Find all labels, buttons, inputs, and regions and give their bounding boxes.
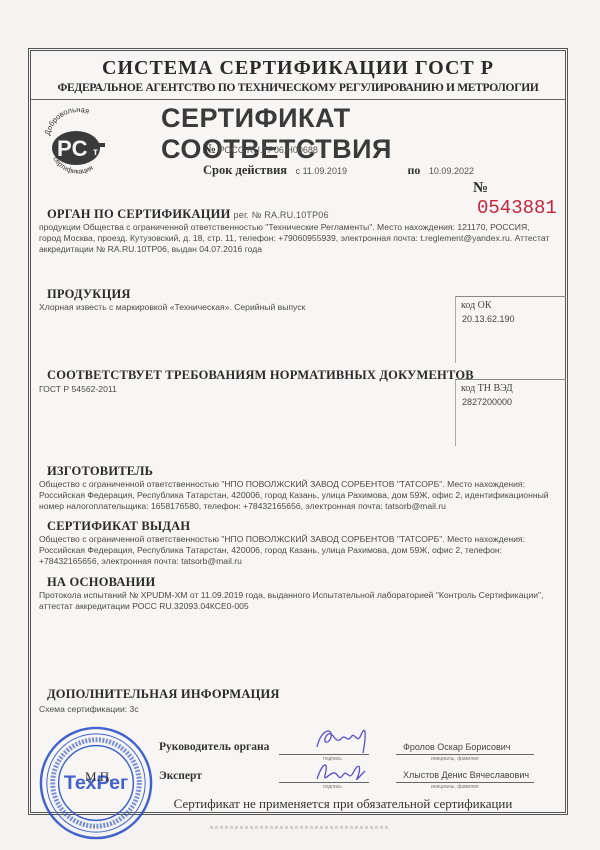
ok-code-value: 20.13.62.190 [462, 314, 566, 324]
valid-to: 10.09.2022 [429, 166, 474, 176]
to-label: по [407, 163, 420, 177]
product-heading: ПРОДУКЦИЯ [47, 287, 131, 302]
additional-info-heading: ДОПОЛНИТЕЛЬНАЯ ИНФОРМАЦИЯ [47, 687, 280, 702]
certification-body-text: продукции Общества с ограниченной ответс… [39, 222, 551, 255]
valid-from: 11.09.2019 [303, 166, 347, 176]
tnved-code-label: код ТН ВЭД [461, 383, 566, 394]
expert-name-line [396, 782, 534, 783]
serial-symbol: № [473, 180, 488, 196]
svg-text:т: т [93, 147, 98, 158]
tnved-code-value: 2827200000 [462, 397, 566, 407]
product-text: Хлорная известь с маркировкой «Техническ… [39, 302, 435, 313]
expert-name: Хлыстов Денис Вячеславович [403, 770, 529, 780]
tnved-code-box: код ТН ВЭД 2827200000 [455, 379, 566, 446]
registration-number: № РОСС RU.ТР06.Н00688 [203, 141, 318, 157]
number-symbol: № [203, 141, 216, 156]
manufacturer-heading: ИЗГОТОВИТЕЛЬ [47, 464, 153, 479]
validity-period: Срок действия с 11.09.2019 по 10.09.2022 [203, 163, 474, 178]
validity-label: Срок действия [203, 163, 287, 177]
compliance-text: ГОСТ Р 54562-2011 [39, 384, 435, 395]
serial-number-value: 0543881 [477, 197, 557, 219]
head-signature-icon [313, 723, 373, 758]
issued-to-text: Общество с ограниченной ответственностью… [39, 534, 551, 567]
additional-info-text: Схема сертификации: 3с [39, 704, 551, 715]
compliance-heading: СООТВЕТСТВУЕТ ТРЕБОВАНИЯМ НОРМАТИВНЫХ ДО… [47, 368, 474, 383]
head-name-line [396, 754, 534, 755]
serial-number: № 0543881 [473, 179, 565, 219]
ok-code-box: код ОК 20.13.62.190 [455, 296, 566, 363]
ok-code-label: код ОК [461, 300, 566, 311]
certification-body-reg: рег. № RA.RU.10ТР06 [234, 210, 329, 220]
issued-to-heading: СЕРТИФИКАТ ВЫДАН [47, 519, 190, 534]
svg-text:Добровольная: Добровольная [43, 105, 90, 136]
expert-name-caption: инициалы, фамилия [431, 784, 479, 790]
expert-label: Эксперт [159, 770, 202, 782]
system-title: СИСТЕМА СЕРТИФИКАЦИИ ГОСТ Р [31, 57, 565, 80]
from-prefix: с [296, 166, 301, 176]
basis-text: Протокола испытаний № ХРUDM-XM от 11.09.… [39, 590, 551, 612]
mp-mark: М.П. [85, 769, 112, 785]
expert-signature-icon [313, 757, 373, 787]
head-of-body-label: Руководитель органа [159, 741, 269, 753]
head-name: Фролов Оскар Борисович [403, 742, 511, 752]
certificate-frame: СИСТЕМА СЕРТИФИКАЦИИ ГОСТ Р ФЕДЕРАЛЬНОЕ … [28, 48, 568, 815]
voluntary-certification-note: Сертификат не применяется при обязательн… [31, 796, 565, 812]
svg-text:PC: PC [57, 136, 88, 161]
reg-number-value: РОСС RU.ТР06.Н00688 [219, 145, 318, 155]
footer-print-line [210, 826, 390, 829]
agency-name: ФЕДЕРАЛЬНОЕ АГЕНТСТВО ПО ТЕХНИЧЕСКОМУ РЕ… [31, 82, 565, 94]
manufacturer-text: Общество с ограниченной ответственностью… [39, 479, 551, 512]
head-name-caption: инициалы, фамилия [431, 756, 479, 762]
rst-logo-icon: Добровольная PC т сертификация [43, 103, 113, 183]
certificate-header: СИСТЕМА СЕРТИФИКАЦИИ ГОСТ Р ФЕДЕРАЛЬНОЕ … [31, 51, 565, 100]
certification-body-heading: ОРГАН ПО СЕРТИФИКАЦИИрег. № RA.RU.10ТР06 [47, 207, 329, 222]
basis-heading: НА ОСНОВАНИИ [47, 575, 155, 590]
